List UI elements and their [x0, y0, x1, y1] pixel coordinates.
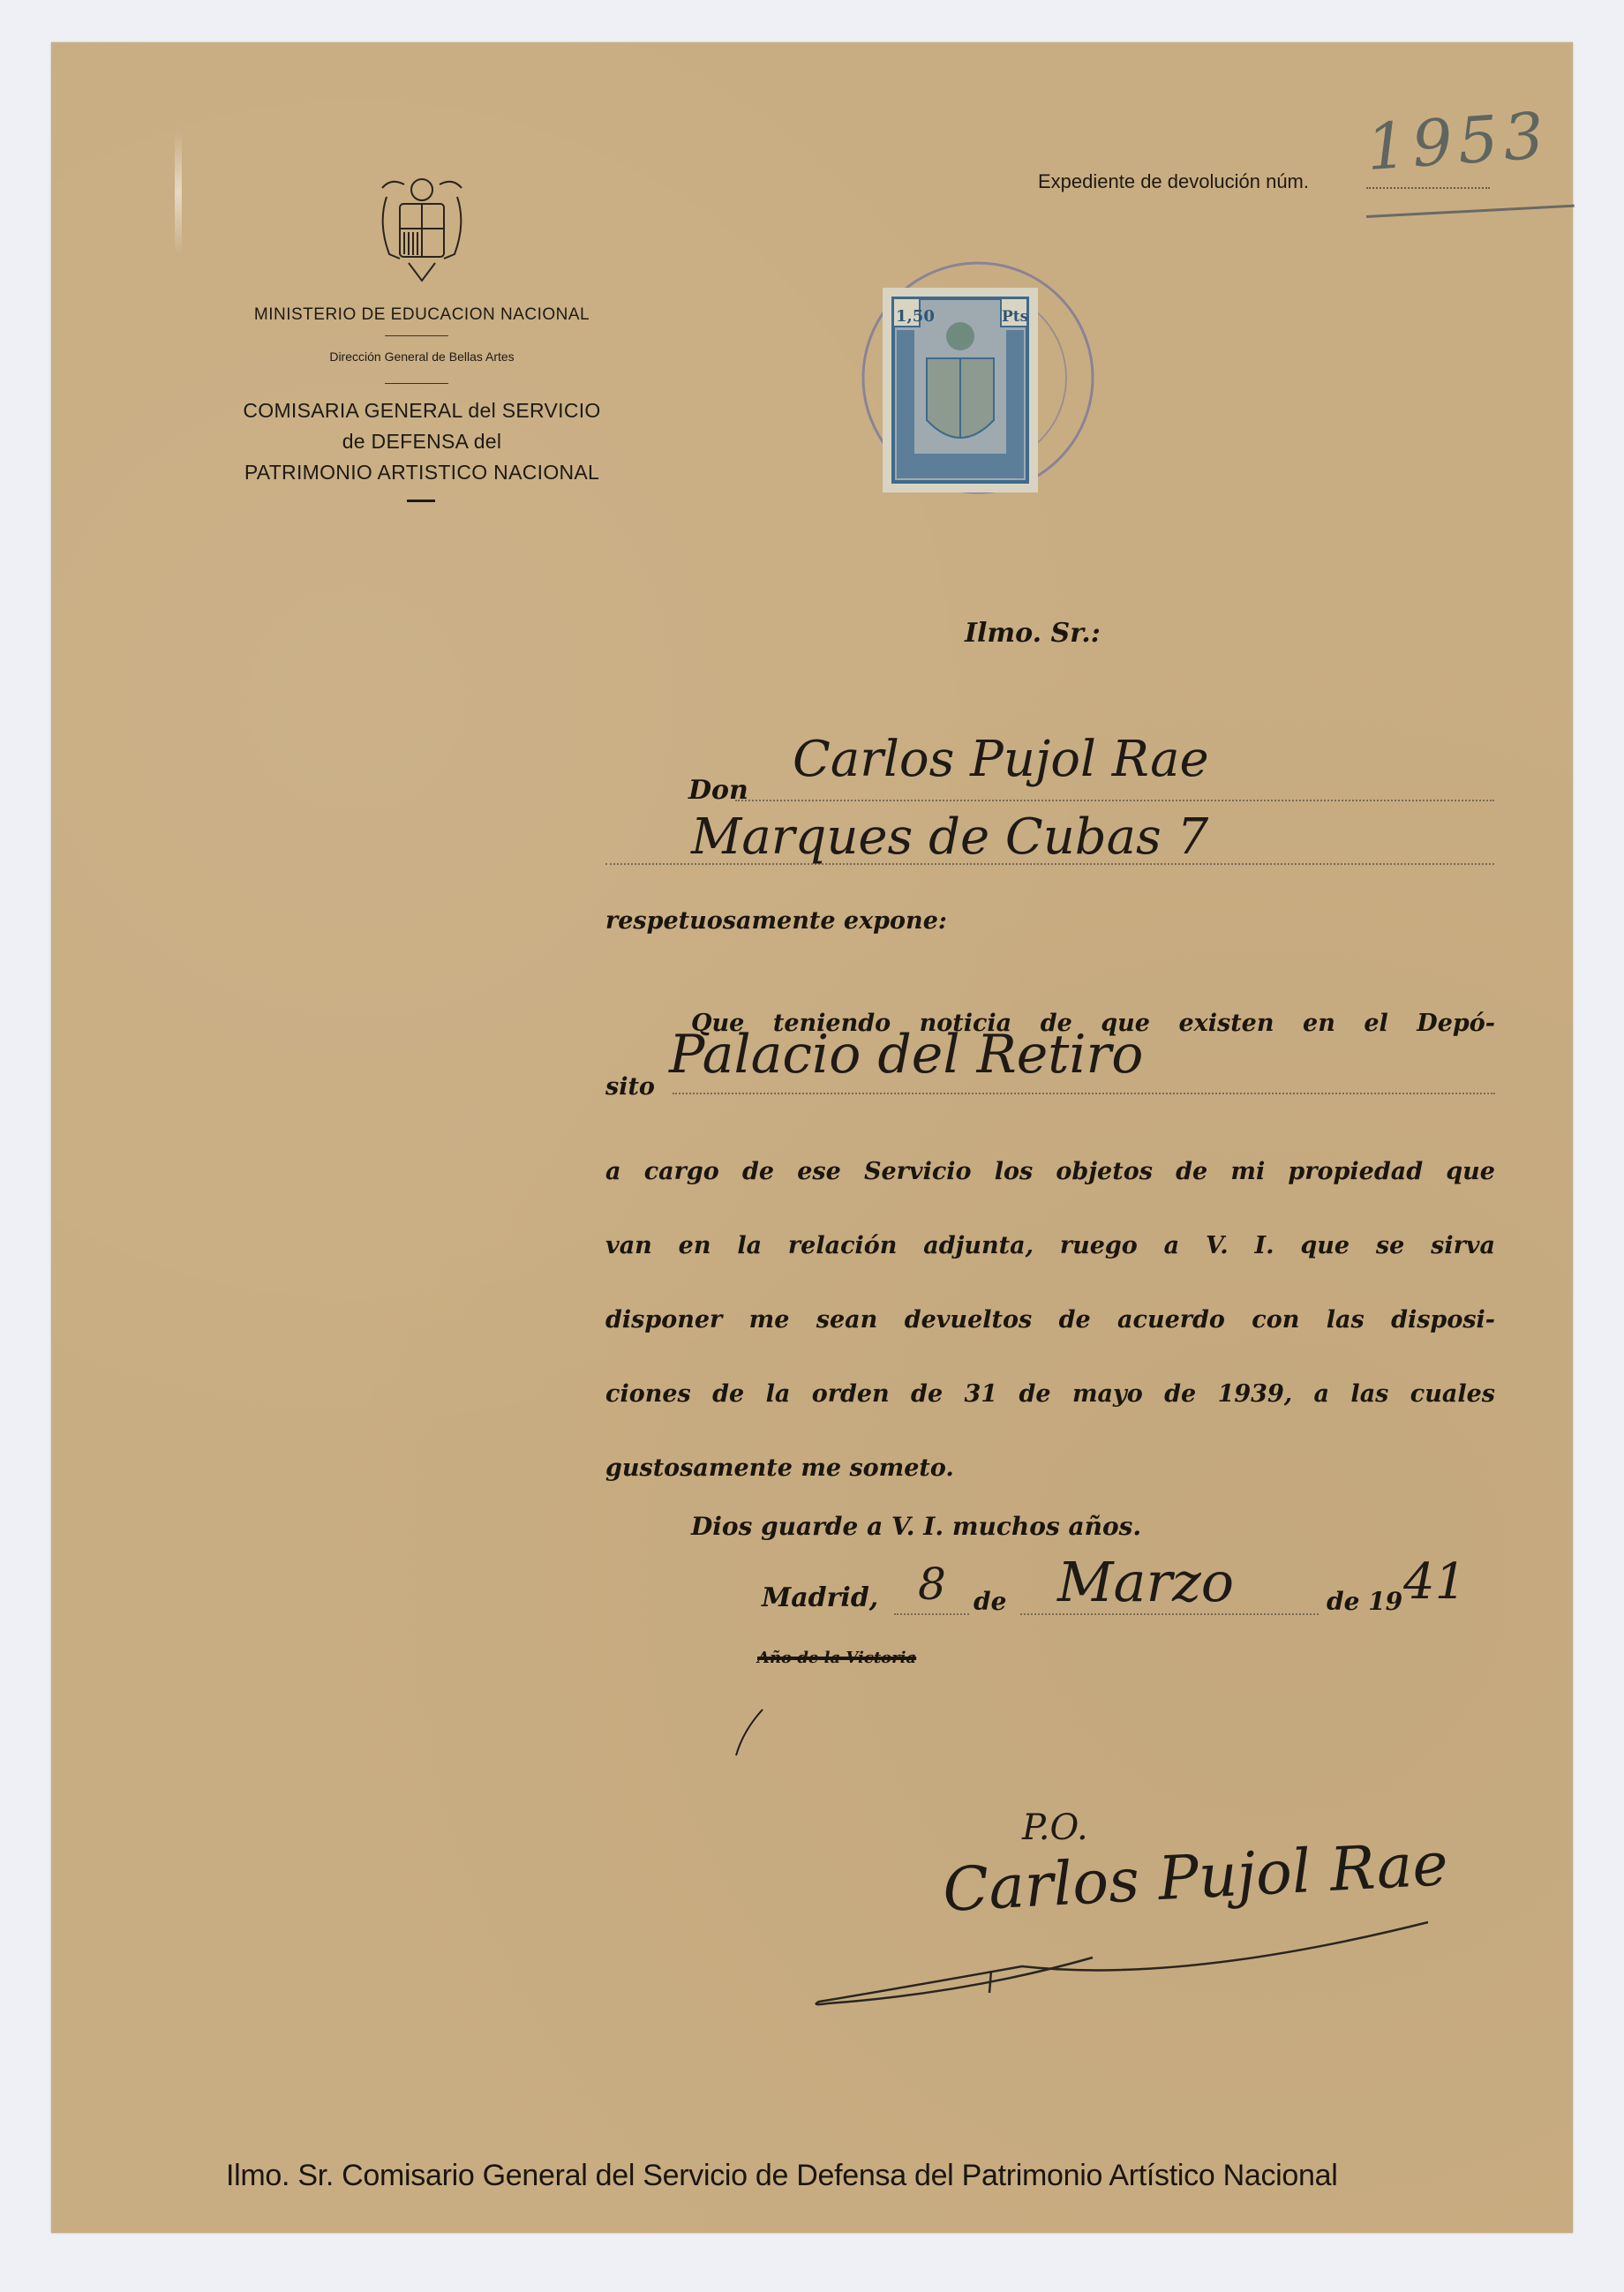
comisaria-line-1: COMISARIA GENERAL del SERVICIO [210, 395, 634, 426]
salutation: Ilmo. Sr.: [965, 618, 1101, 649]
date-year-handwritten: 41 [1403, 1553, 1466, 1611]
expediente-number: 1953 [1364, 98, 1552, 184]
comisaria-line-3: PATRIMONIO ARTISTICO NACIONAL [210, 457, 634, 488]
handwritten-underline [1366, 205, 1575, 218]
signature-flourish-icon [810, 1905, 1446, 2010]
svg-text:1,50: 1,50 [896, 307, 935, 326]
comisaria-title: COMISARIA GENERAL del SERVICIO de DEFENS… [210, 395, 634, 488]
svg-text:Pts: Pts [1002, 308, 1028, 326]
deposito-name: Palacio del Retiro [669, 1024, 1143, 1086]
divider [385, 383, 448, 384]
closing-formula: Dios guarde a V. I. muchos años. [691, 1512, 1141, 1541]
body-line: gustosamente me someto. [605, 1432, 1495, 1506]
date-de: de [974, 1587, 1006, 1616]
pen-stroke-icon [731, 1706, 766, 1759]
comisaria-line-2: de DEFENSA del [210, 426, 634, 457]
body-line: a cargo de ese Servicio los objetos de m… [605, 1135, 1495, 1209]
direccion-general: Dirección General de Bellas Artes [210, 349, 634, 364]
body-line: van en la relación adjunta, ruego a V. I… [605, 1209, 1495, 1283]
spanish-coat-of-arms-icon [373, 170, 470, 285]
fiscal-stamp-icon: 1,50 Pts [883, 288, 1038, 492]
petitioner-address: Marques de Cubas 7 [691, 808, 1208, 866]
document-page: MINISTERIO DE EDUCACION NACIONAL Direcci… [51, 42, 1573, 2233]
paper-crease [175, 131, 182, 254]
name-field-line [735, 800, 1494, 801]
por-orden-label: P.O. [1022, 1807, 1088, 1848]
date-month: Marzo [1057, 1550, 1234, 1614]
day-field-line [894, 1613, 969, 1615]
sito-label: sito [605, 1073, 655, 1101]
date-year-prefix: de 19 [1327, 1587, 1402, 1616]
petitioner-name: Carlos Pujol Rae [793, 731, 1209, 788]
divider [407, 500, 435, 502]
body-line: ciones de la orden de 31 de mayo de 1939… [605, 1357, 1495, 1432]
expone-label: respetuosamente expone: [605, 907, 947, 935]
struck-ano-victoria: Año de la Victoria [757, 1649, 916, 1667]
expediente-field-line [1366, 187, 1490, 189]
addressee-footer: Ilmo. Sr. Comisario General del Servicio… [226, 2159, 1338, 2193]
date-day: 8 [918, 1559, 946, 1610]
deposito-field-line [673, 1093, 1495, 1094]
expediente-label: Expediente de devolución núm. [1038, 170, 1309, 193]
ministry-name: MINISTERIO DE EDUCACION NACIONAL [210, 305, 634, 325]
divider [385, 335, 448, 336]
body-line: disponer me sean devueltos de acuerdo co… [605, 1283, 1495, 1357]
date-place: Madrid, [762, 1582, 878, 1613]
body-paragraph: a cargo de ese Servicio los objetos de m… [605, 1135, 1495, 1506]
